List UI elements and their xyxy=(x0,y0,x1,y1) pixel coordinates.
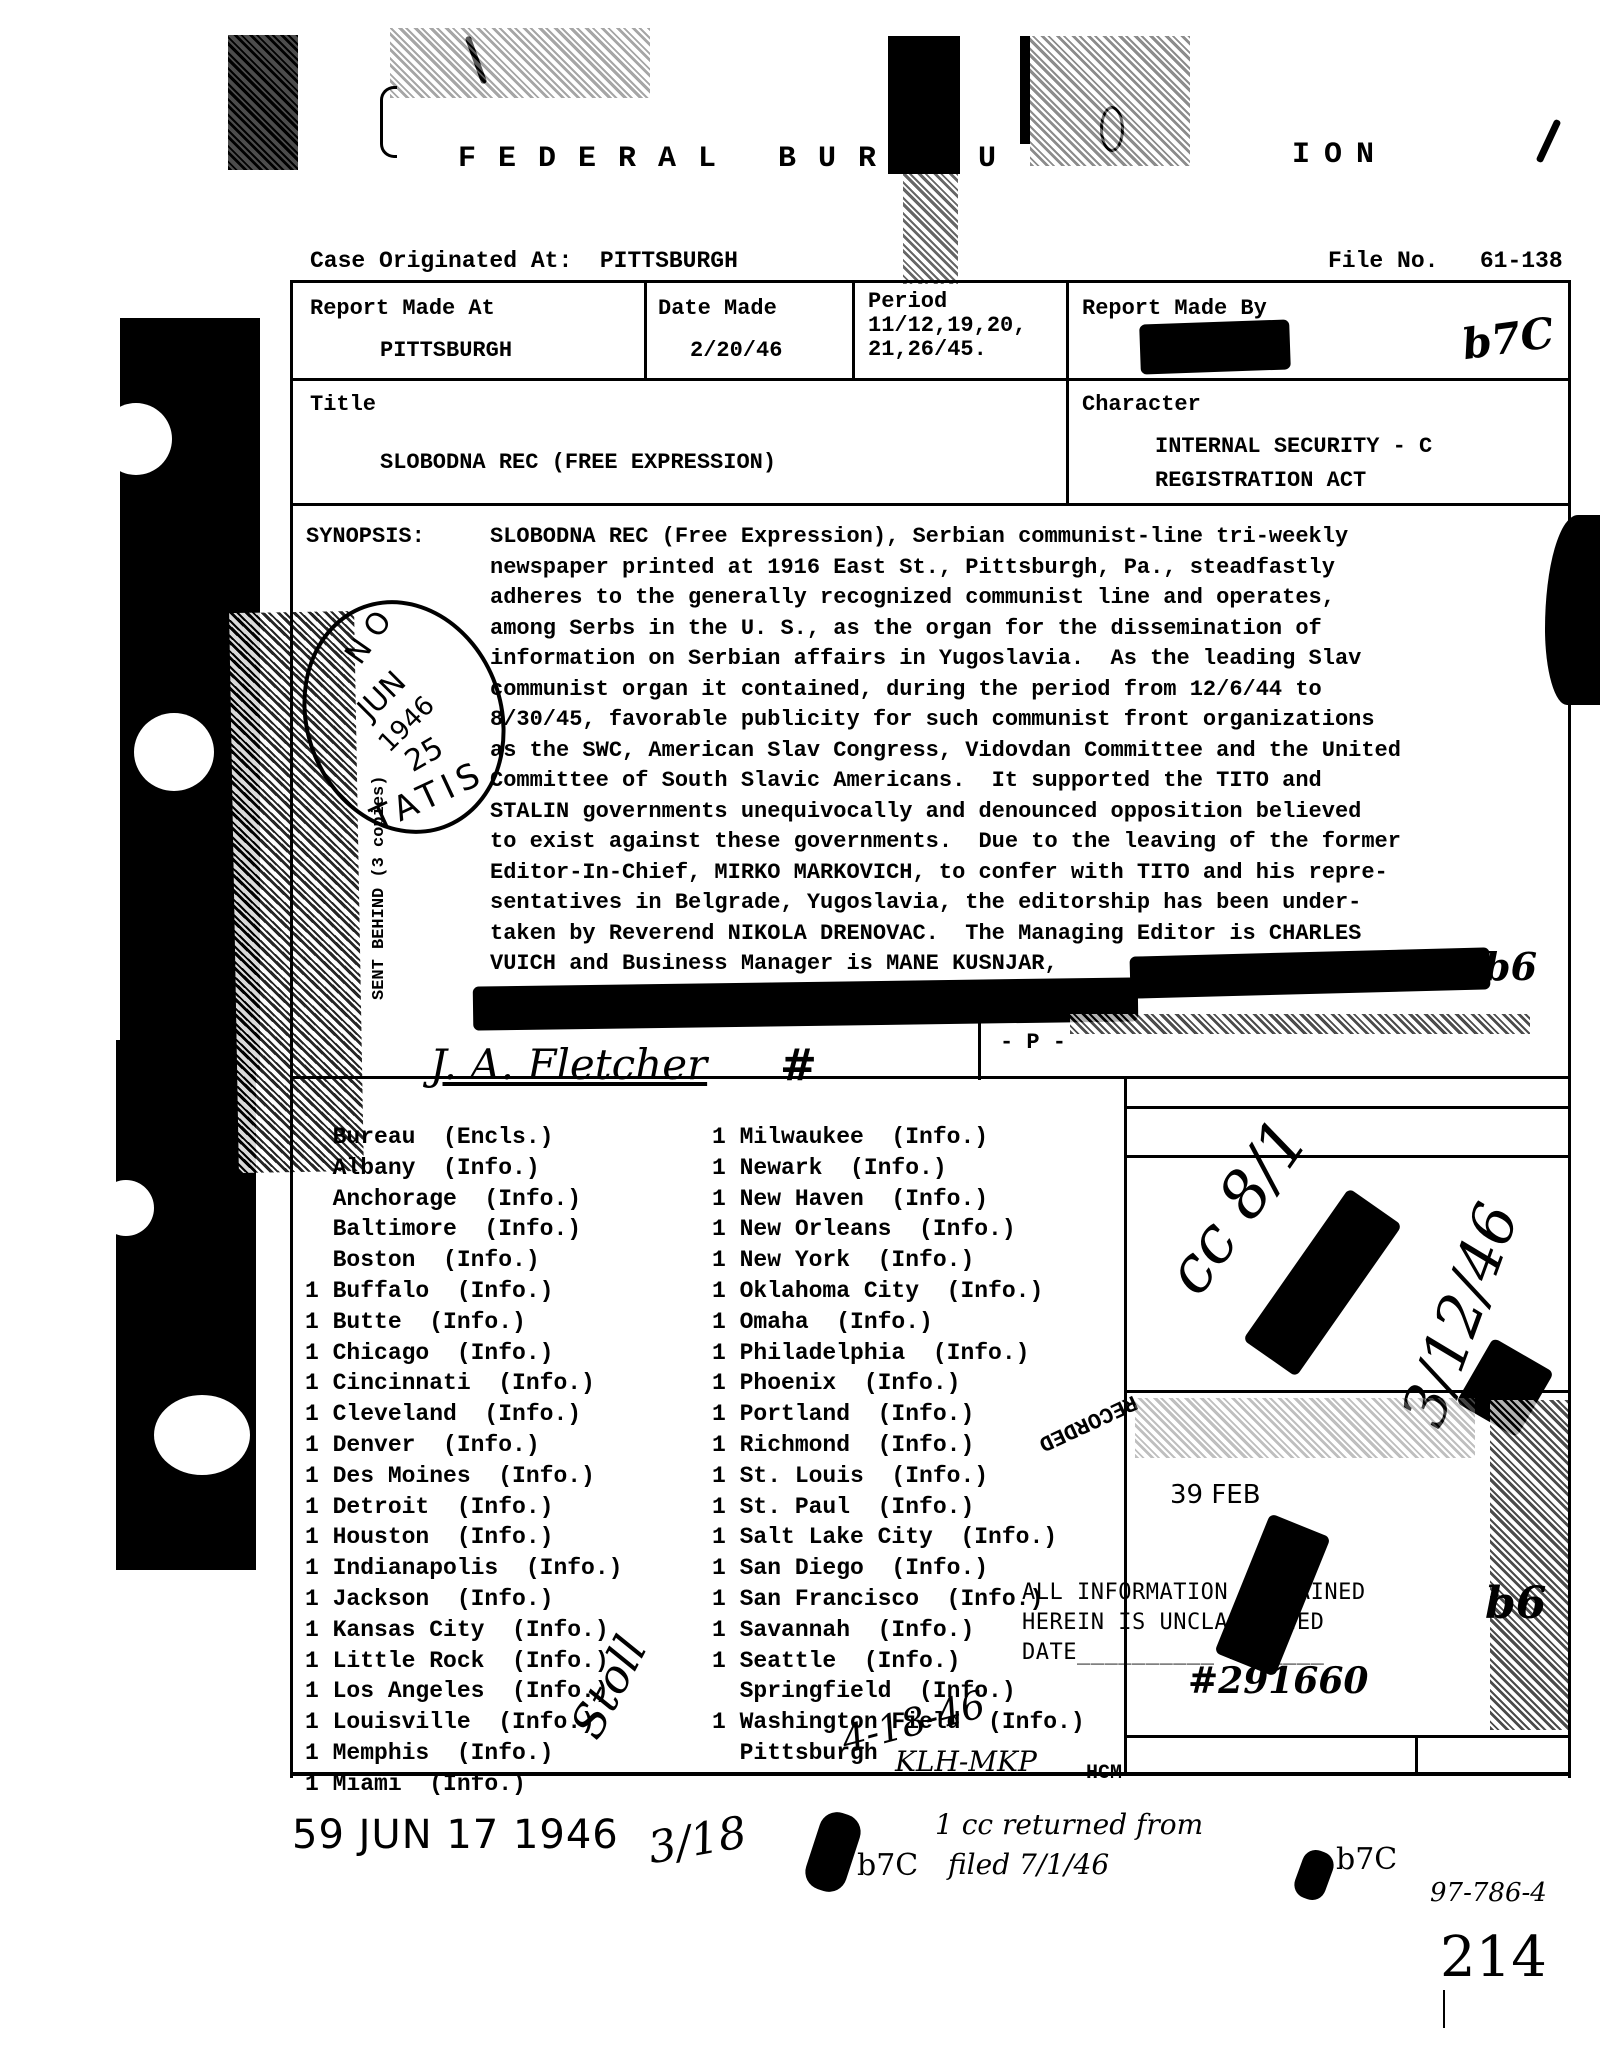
noise xyxy=(903,174,958,284)
distribution-row: 1 Memphis (Info.) xyxy=(305,1738,622,1769)
synopsis-text: SLOBODNA REC (Free Expression), Serbian … xyxy=(490,522,1401,980)
copy-count: 1 xyxy=(712,1216,740,1242)
distribution-row: 1 New York (Info.) xyxy=(712,1245,1085,1276)
copy-count: 1 xyxy=(305,1494,333,1520)
initials-note: KLH-MKP xyxy=(895,1745,1037,1778)
synopsis-line: communist organ it contained, during the… xyxy=(490,675,1401,706)
distribution-row: 1 New Orleans (Info.) xyxy=(712,1214,1085,1245)
distribution-row: 1 Jackson (Info.) xyxy=(305,1584,622,1615)
office-name: Salt Lake City (Info.) xyxy=(740,1524,1057,1550)
bottom-date-note: 3/18 xyxy=(644,1807,750,1874)
redaction-block xyxy=(888,36,960,174)
character-value-line2: REGISTRATION ACT xyxy=(1155,464,1432,498)
case-originated-label: Case Originated At: xyxy=(310,248,572,274)
bottom-redaction xyxy=(801,1807,866,1896)
distribution-list-right: 1 Milwaukee (Info.)1 Newark (Info.)1 New… xyxy=(712,1122,1085,1769)
office-name: Boston (Info.) xyxy=(333,1247,540,1273)
copy-count xyxy=(712,1740,740,1766)
title-label: Title xyxy=(310,392,376,417)
copy-count xyxy=(712,1678,740,1704)
office-name: Jackson (Info.) xyxy=(333,1586,554,1612)
synopsis-trailing: - P - xyxy=(1000,1030,1066,1055)
agency-header-partial: ION xyxy=(1292,138,1388,172)
distribution-row: 1 Cincinnati (Info.) xyxy=(305,1368,622,1399)
declass-number: #291660 xyxy=(1188,1660,1368,1702)
copy-count: 1 xyxy=(712,1555,740,1581)
office-name: Anchorage (Info.) xyxy=(333,1186,581,1212)
copy-count: 1 xyxy=(305,1617,333,1643)
obscured-text xyxy=(1070,1014,1530,1034)
office-name: St. Louis (Info.) xyxy=(740,1463,988,1489)
copy-count: 1 xyxy=(305,1740,333,1766)
office-name: St. Paul (Info.) xyxy=(740,1494,975,1520)
returned-note: 1 cc returned from xyxy=(935,1808,1203,1841)
ink-mark xyxy=(1443,1990,1445,2028)
synopsis-line: to exist against these governments. Due … xyxy=(490,827,1401,858)
synopsis-line: newspaper printed at 1916 East St., Pitt… xyxy=(490,553,1401,584)
file-number: File No. 61-138 xyxy=(1328,248,1563,274)
synopsis-line: taken by Reverend NIKOLA DRENOVAC. The M… xyxy=(490,919,1401,950)
copy-count: 1 xyxy=(305,1432,333,1458)
distribution-row: 1 Butte (Info.) xyxy=(305,1307,622,1338)
period-label: Period xyxy=(868,290,1026,314)
copy-count: 1 xyxy=(305,1278,333,1304)
distribution-row: Anchorage (Info.) xyxy=(305,1184,622,1215)
synopsis-line: SLOBODNA REC (Free Expression), Serbian … xyxy=(490,522,1401,553)
office-name: Portland (Info.) xyxy=(740,1401,975,1427)
page-number: 214 xyxy=(1440,1925,1547,1990)
office-name: Seattle (Info.) xyxy=(740,1648,961,1674)
office-name: Kansas City (Info.) xyxy=(333,1617,609,1643)
distribution-row: 1 Indianapolis (Info.) xyxy=(305,1553,622,1584)
distribution-row: Boston (Info.) xyxy=(305,1245,622,1276)
signature-mark: # xyxy=(780,1040,817,1091)
distribution-row: Bureau (Encls.) xyxy=(305,1122,622,1153)
report-made-by-redaction xyxy=(1139,319,1291,374)
report-made-at-value: PITTSBURGH xyxy=(380,338,512,363)
b6-handwritten: b6 xyxy=(1485,1578,1546,1629)
distribution-row: 1 Omaha (Info.) xyxy=(712,1307,1085,1338)
date-made-label: Date Made xyxy=(658,296,777,321)
redaction-exemption-note: b6 xyxy=(1484,944,1537,989)
office-name: San Francisco (Info.) xyxy=(740,1586,1044,1612)
office-name: Los Angeles (Info.) xyxy=(333,1678,609,1704)
distribution-row: 1 Houston (Info.) xyxy=(305,1522,622,1553)
synopsis-line: STALIN governments unequivocally and den… xyxy=(490,797,1401,828)
copy-count xyxy=(305,1186,333,1212)
period-value-line2: 21,26/45. xyxy=(868,338,1026,362)
office-name: Milwaukee (Info.) xyxy=(740,1124,988,1150)
report-made-at-label: Report Made At xyxy=(310,296,495,321)
case-originated-value: PITTSBURGH xyxy=(600,248,738,274)
office-name: San Diego (Info.) xyxy=(740,1555,988,1581)
redaction-edge xyxy=(1020,36,1030,144)
approval-signature: J. A. Fletcher xyxy=(430,1040,707,1089)
character-label: Character xyxy=(1082,392,1201,417)
declass-line1: ALL INFORMATION CONTAINED xyxy=(1022,1578,1366,1608)
office-name: Bureau (Encls.) xyxy=(333,1124,554,1150)
distribution-row: 1 Denver (Info.) xyxy=(305,1430,622,1461)
copy-count: 1 xyxy=(305,1401,333,1427)
noise xyxy=(228,35,298,170)
punch-hole xyxy=(154,1395,250,1475)
distribution-row: 1 Portland (Info.) xyxy=(712,1399,1085,1430)
distribution-row: Baltimore (Info.) xyxy=(305,1214,622,1245)
synopsis-line: information on Serbian affairs in Yugosl… xyxy=(490,644,1401,675)
office-name: Phoenix (Info.) xyxy=(740,1370,961,1396)
distribution-row: Albany (Info.) xyxy=(305,1153,622,1184)
synopsis-line: adheres to the generally recognized comm… xyxy=(490,583,1401,614)
distribution-row: 1 Richmond (Info.) xyxy=(712,1430,1085,1461)
synopsis-label: SYNOPSIS: xyxy=(306,524,425,549)
office-name: Memphis (Info.) xyxy=(333,1740,554,1766)
distribution-row: 1 Chicago (Info.) xyxy=(305,1338,622,1369)
case-originated-line: Case Originated At: PITTSBURGH xyxy=(310,248,738,274)
file-number-value: 61-138 xyxy=(1480,248,1563,274)
distribution-row: 1 Newark (Info.) xyxy=(712,1153,1085,1184)
copy-count: 1 xyxy=(712,1463,740,1489)
date-made-value: 2/20/46 xyxy=(690,338,782,363)
copy-count: 1 xyxy=(712,1278,740,1304)
office-name: Louisville (Info.) xyxy=(333,1709,595,1735)
copy-count: 1 xyxy=(712,1709,740,1735)
report-made-by-label: Report Made By xyxy=(1082,296,1267,321)
bottom-redaction xyxy=(1290,1846,1337,1904)
office-name: New Orleans (Info.) xyxy=(740,1216,1016,1242)
office-name: Albany (Info.) xyxy=(333,1155,540,1181)
office-name: Cincinnati (Info.) xyxy=(333,1370,595,1396)
copy-count: 1 xyxy=(305,1586,333,1612)
punch-hole xyxy=(134,713,214,791)
copy-count: 1 xyxy=(712,1432,740,1458)
title-value: SLOBODNA REC (FREE EXPRESSION) xyxy=(380,450,776,475)
office-name: Chicago (Info.) xyxy=(333,1340,554,1366)
copy-count xyxy=(305,1247,333,1273)
period-cell: Period 11/12,19,20, 21,26/45. xyxy=(868,290,1026,362)
copy-count: 1 xyxy=(305,1340,333,1366)
office-name: Miami (Info.) xyxy=(333,1771,526,1797)
distribution-row: 1 Detroit (Info.) xyxy=(305,1492,622,1523)
copy-count: 1 xyxy=(712,1648,740,1674)
copy-count: 1 xyxy=(712,1155,740,1181)
distribution-initials: HCM xyxy=(1086,1762,1122,1785)
distribution-row: 1 Oklahoma City (Info.) xyxy=(712,1276,1085,1307)
office-name: Indianapolis (Info.) xyxy=(333,1555,623,1581)
distribution-row: 1 Cleveland (Info.) xyxy=(305,1399,622,1430)
faded-stamp xyxy=(1135,1398,1475,1458)
character-value-line1: INTERNAL SECURITY - C xyxy=(1155,430,1432,464)
distribution-row: 1 St. Louis (Info.) xyxy=(712,1461,1085,1492)
copy-count: 1 xyxy=(305,1678,333,1704)
copy-count: 1 xyxy=(305,1648,333,1674)
synopsis-line: 8/30/45, favorable publicity for such co… xyxy=(490,705,1401,736)
office-name: Little Rock (Info.) xyxy=(333,1648,609,1674)
copy-count: 1 xyxy=(712,1309,740,1335)
office-name: Cleveland (Info.) xyxy=(333,1401,581,1427)
office-name: Savannah (Info.) xyxy=(740,1617,975,1643)
office-name: Buffalo (Info.) xyxy=(333,1278,554,1304)
binding-strip-lower xyxy=(116,1040,256,1570)
copy-count xyxy=(305,1216,333,1242)
office-name: New Haven (Info.) xyxy=(740,1186,988,1212)
distribution-row: 1 Salt Lake City (Info.) xyxy=(712,1522,1085,1553)
margin-vertical-stamp: SENT BEHIND (3 copies) xyxy=(370,776,389,1000)
office-name: Houston (Info.) xyxy=(333,1524,554,1550)
period-value-line1: 11/12,19,20, xyxy=(868,314,1026,338)
office-name: Des Moines (Info.) xyxy=(333,1463,595,1489)
synopsis-line: Committee of South Slavic Americans. It … xyxy=(490,766,1401,797)
distribution-row: 1 New Haven (Info.) xyxy=(712,1184,1085,1215)
b7c-note: b7C xyxy=(1336,1842,1397,1877)
copy-count: 1 xyxy=(712,1494,740,1520)
ink-mark xyxy=(1536,119,1562,164)
b7c-note: b7C xyxy=(857,1848,918,1883)
distribution-row: 1 Miami (Info.) xyxy=(305,1769,622,1800)
copy-count: 1 xyxy=(305,1555,333,1581)
copy-count xyxy=(305,1124,333,1150)
copy-count: 1 xyxy=(305,1463,333,1489)
office-name: Oklahoma City (Info.) xyxy=(740,1278,1044,1304)
synopsis-line: Editor-In-Chief, MIRKO MARKOVICH, to con… xyxy=(490,858,1401,889)
office-name: Baltimore (Info.) xyxy=(333,1216,581,1242)
copy-count: 1 xyxy=(712,1524,740,1550)
received-date-stamp: 59 JUN 17 1946 xyxy=(292,1812,619,1858)
distribution-row: 1 Milwaukee (Info.) xyxy=(712,1122,1085,1153)
distribution-row: 1 Buffalo (Info.) xyxy=(305,1276,622,1307)
distribution-row: 1 Phoenix (Info.) xyxy=(712,1368,1085,1399)
copy-count: 1 xyxy=(712,1370,740,1396)
declassification-stamp: ALL INFORMATION CONTAINED HEREIN IS UNCL… xyxy=(1022,1578,1366,1668)
copy-count: 1 xyxy=(712,1340,740,1366)
synopsis-redaction xyxy=(473,977,1139,1030)
noise xyxy=(1030,36,1190,166)
filed-note: filed 7/1/46 xyxy=(948,1848,1109,1881)
noise xyxy=(1490,1400,1568,1730)
office-name: Newark (Info.) xyxy=(740,1155,947,1181)
copy-count: 1 xyxy=(305,1771,333,1797)
synopsis-line: sentatives in Belgrade, Yugoslavia, the … xyxy=(490,888,1401,919)
ink-mark xyxy=(380,86,397,158)
office-name: Detroit (Info.) xyxy=(333,1494,554,1520)
office-name: Butte (Info.) xyxy=(333,1309,526,1335)
character-value: INTERNAL SECURITY - C REGISTRATION ACT xyxy=(1155,430,1432,498)
office-name: Richmond (Info.) xyxy=(740,1432,975,1458)
file-reference-note: 97-786-4 xyxy=(1430,1878,1547,1908)
copy-count: 1 xyxy=(305,1709,333,1735)
office-name: Omaha (Info.) xyxy=(740,1309,933,1335)
office-name: New York (Info.) xyxy=(740,1247,975,1273)
punch-hole xyxy=(98,1180,154,1236)
copy-count: 1 xyxy=(305,1524,333,1550)
distribution-row: 1 Des Moines (Info.) xyxy=(305,1461,622,1492)
punch-hole xyxy=(100,403,172,475)
copy-count: 1 xyxy=(712,1186,740,1212)
file-number-label: File No. xyxy=(1328,248,1438,274)
distribution-row: 1 Kansas City (Info.) xyxy=(305,1615,622,1646)
distribution-row: 1 Philadelphia (Info.) xyxy=(712,1338,1085,1369)
copy-count: 1 xyxy=(305,1309,333,1335)
distribution-row: 1 St. Paul (Info.) xyxy=(712,1492,1085,1523)
synopsis-line: among Serbs in the U. S., as the organ f… xyxy=(490,614,1401,645)
indexed-date-stamp: 39 FEB xyxy=(1170,1480,1261,1510)
copy-count: 1 xyxy=(712,1586,740,1612)
copy-count: 1 xyxy=(305,1370,333,1396)
copy-count: 1 xyxy=(712,1617,740,1643)
distribution-row: 1 Little Rock (Info.) xyxy=(305,1646,622,1677)
copy-count: 1 xyxy=(712,1247,740,1273)
declass-line2: HEREIN IS UNCLASSIFIED xyxy=(1022,1608,1366,1638)
synopsis-line: as the SWC, American Slav Congress, Vido… xyxy=(490,736,1401,767)
copy-count xyxy=(305,1155,333,1181)
copy-count: 1 xyxy=(712,1124,740,1150)
office-name: Philadelphia (Info.) xyxy=(740,1340,1030,1366)
copy-count: 1 xyxy=(712,1401,740,1427)
office-name: Denver (Info.) xyxy=(333,1432,540,1458)
